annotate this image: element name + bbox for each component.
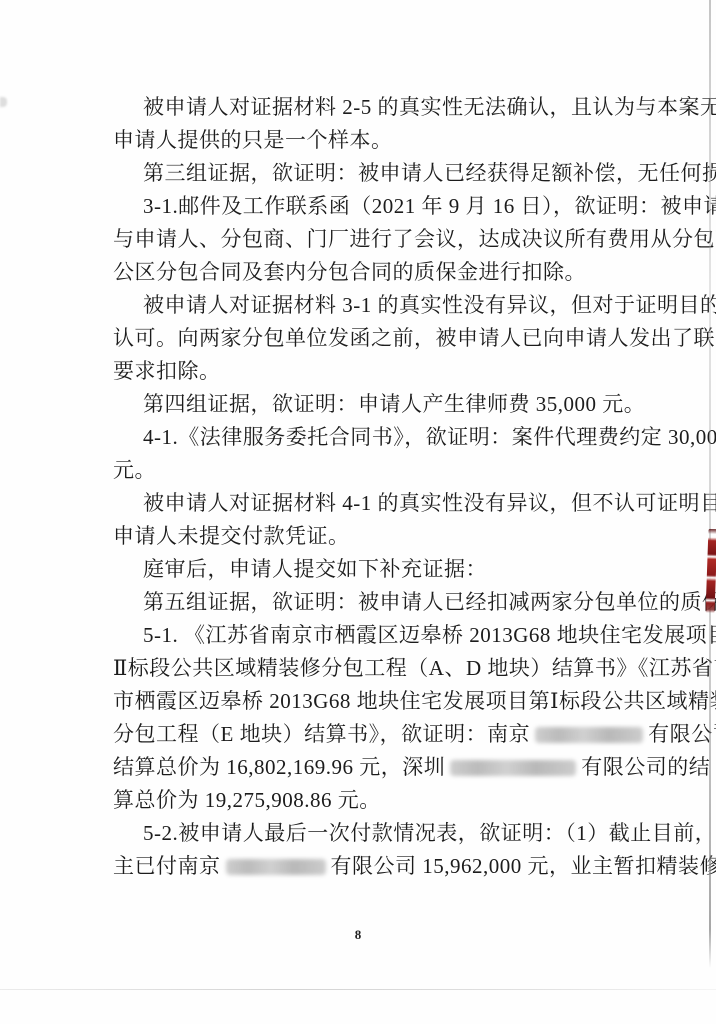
text-line: 申请人提供的只是一个样本。 <box>113 124 705 157</box>
text-segment: 3-1.邮件及工作联系函（2021 年 9 月 16 日），欲证明：被申请人 <box>143 194 716 218</box>
text-line: 结算总价为 16,802,169.96 元，深圳有限公司的结 <box>113 751 705 784</box>
text-line: Ⅱ标段公共区域精装修分包工程（A、D 地块）结算书》《江苏省南京 <box>113 652 705 685</box>
text-line: 庭审后，申请人提交如下补充证据： <box>113 553 705 586</box>
text-line: 第三组证据，欲证明：被申请人已经获得足额补偿，无任何损失。 <box>113 157 705 190</box>
text-line: 市栖霞区迈皋桥 2013G68 地块住宅发展项目第Ⅰ标段公共区域精装修 <box>113 685 705 718</box>
scan-corner-speck <box>0 97 7 107</box>
scanned-page: 被申请人对证据材料 2-5 的真实性无法确认，且认为与本案无关，申请人提供的只是… <box>0 0 716 1024</box>
text-segment: 第三组证据，欲证明：被申请人已经获得足额补偿，无任何损失。 <box>143 161 716 185</box>
text-segment: 庭审后，申请人提交如下补充证据： <box>143 557 487 581</box>
text-line: 认可。向两家分包单位发函之前，被申请人已向申请人发出了联系函， <box>113 322 705 355</box>
text-line: 第五组证据，欲证明：被申请人已经扣减两家分包单位的质保金。 <box>113 586 705 619</box>
text-segment: Ⅱ标段公共区域精装修分包工程（A、D 地块）结算书》《江苏省南京 <box>113 656 716 680</box>
scan-edge-line-bottom <box>0 989 716 990</box>
page-number: 8 <box>0 927 716 943</box>
text-line: 分包工程（E 地块）结算书》，欲证明：南京有限公司的 <box>113 718 705 751</box>
redacted-text <box>450 760 576 776</box>
scan-edge-line-right <box>709 0 711 968</box>
text-line: 公区分包合同及套内分包合同的质保金进行扣除。 <box>113 256 705 289</box>
redacted-text <box>226 859 326 875</box>
text-segment: 主已付南京 <box>113 854 221 878</box>
text-segment: 申请人提供的只是一个样本。 <box>113 128 393 152</box>
red-edge-stamp <box>706 529 716 613</box>
text-line: 算总价为 19,275,908.86 元。 <box>113 784 705 817</box>
text-line: 被申请人对证据材料 4-1 的真实性没有异议，但不认可证明目的， <box>113 487 705 520</box>
text-segment: 第五组证据，欲证明：被申请人已经扣减两家分包单位的质保金。 <box>143 590 716 614</box>
text-segment: 市栖霞区迈皋桥 2013G68 地块住宅发展项目第Ⅰ标段公共区域精装修 <box>113 689 716 713</box>
text-line: 第四组证据，欲证明：申请人产生律师费 35,000 元。 <box>113 388 705 421</box>
text-segment: 要求扣除。 <box>113 359 221 383</box>
text-segment: 有限公司的结 <box>581 755 710 779</box>
text-line: 被申请人对证据材料 3-1 的真实性没有异议，但对于证明目的不 <box>113 289 705 322</box>
text-segment: 公区分包合同及套内分包合同的质保金进行扣除。 <box>113 260 586 284</box>
text-line: 5-1. 《江苏省南京市栖霞区迈皋桥 2013G68 地块住宅发展项目第 <box>113 619 705 652</box>
text-segment: 被申请人对证据材料 4-1 的真实性没有异议，但不认可证明目的， <box>143 491 716 515</box>
text-segment: 5-2.被申请人最后一次付款情况表，欲证明：（1）截止目前，业 <box>143 821 716 845</box>
text-line: 5-2.被申请人最后一次付款情况表，欲证明：（1）截止目前，业 <box>113 817 705 850</box>
text-segment: 第四组证据，欲证明：申请人产生律师费 35,000 元。 <box>143 392 645 416</box>
text-segment: 5-1. 《江苏省南京市栖霞区迈皋桥 2013G68 地块住宅发展项目第 <box>143 623 716 647</box>
text-segment: 被申请人对证据材料 2-5 的真实性无法确认，且认为与本案无关， <box>143 95 716 119</box>
text-segment: 被申请人对证据材料 3-1 的真实性没有异议，但对于证明目的不 <box>143 293 716 317</box>
text-line: 申请人未提交付款凭证。 <box>113 520 705 553</box>
text-segment: 有限公司的 <box>648 722 716 746</box>
text-line: 主已付南京有限公司 15,962,000 元，业主暂扣精装修单 <box>113 850 705 883</box>
text-line: 被申请人对证据材料 2-5 的真实性无法确认，且认为与本案无关， <box>113 91 705 124</box>
text-segment: 有限公司 15,962,000 元，业主暂扣精装修单 <box>331 854 716 878</box>
text-line: 元。 <box>113 454 705 487</box>
text-segment: 结算总价为 16,802,169.96 元，深圳 <box>113 755 445 779</box>
text-segment: 申请人未提交付款凭证。 <box>113 524 350 548</box>
text-line: 与申请人、分包商、门厂进行了会议，达成决议所有费用从分包商的 <box>113 223 705 256</box>
text-line: 4-1.《法律服务委托合同书》，欲证明：案件代理费约定 30,000 <box>113 421 705 454</box>
text-segment: 4-1.《法律服务委托合同书》，欲证明：案件代理费约定 30,000 <box>143 425 716 449</box>
text-segment: 认可。向两家分包单位发函之前，被申请人已向申请人发出了联系函， <box>113 326 716 350</box>
redacted-text <box>535 727 643 743</box>
text-line: 3-1.邮件及工作联系函（2021 年 9 月 16 日），欲证明：被申请人 <box>113 190 705 223</box>
text-line: 要求扣除。 <box>113 355 705 388</box>
text-segment: 算总价为 19,275,908.86 元。 <box>113 788 381 812</box>
text-segment: 元。 <box>113 458 156 482</box>
text-segment: 与申请人、分包商、门厂进行了会议，达成决议所有费用从分包商的 <box>113 227 716 251</box>
document-text: 被申请人对证据材料 2-5 的真实性无法确认，且认为与本案无关，申请人提供的只是… <box>113 91 705 883</box>
text-segment: 分包工程（E 地块）结算书》，欲证明：南京 <box>113 722 530 746</box>
